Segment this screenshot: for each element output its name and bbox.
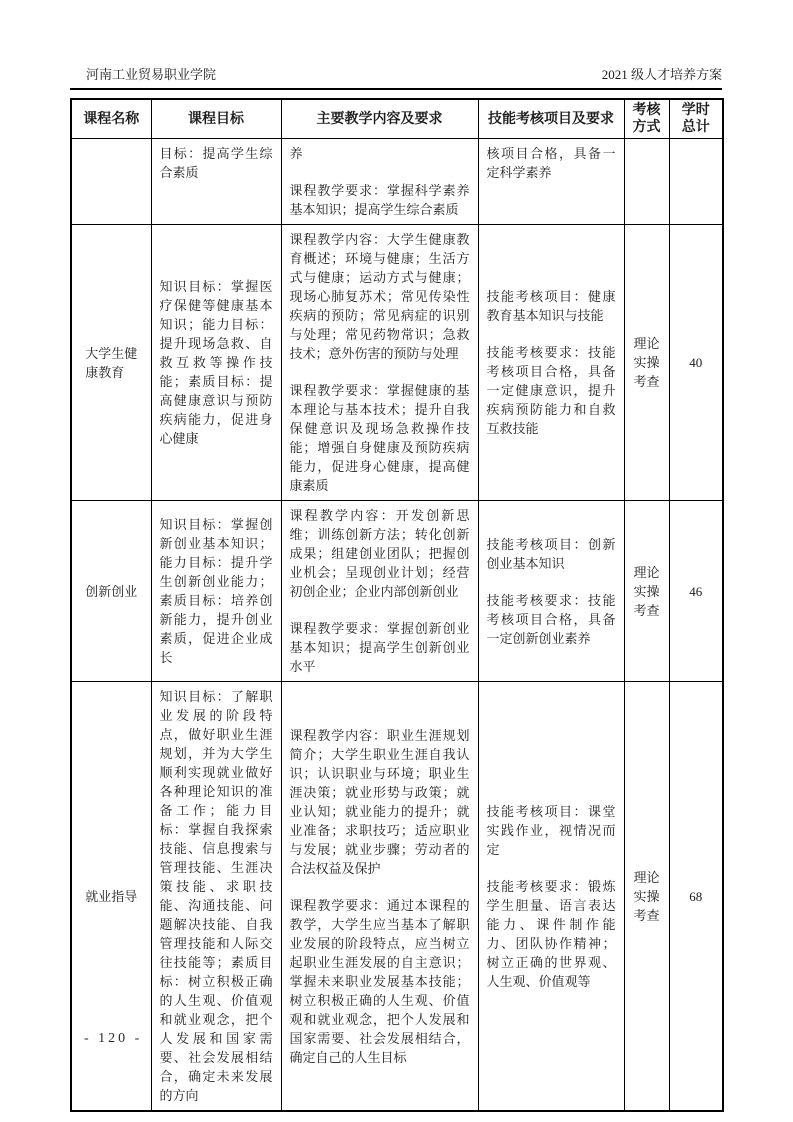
paragraph: 技能考核项目：课堂实践作业，视情况而定 xyxy=(487,802,616,859)
cell-course-name xyxy=(71,139,151,225)
paragraph: 课程教学要求：掌握科学素养基本知识；提高学生综合素质 xyxy=(290,181,470,219)
column-header-objectives: 课程目标 xyxy=(151,99,281,139)
column-header-teaching-content: 主要教学内容及要求 xyxy=(281,99,478,139)
cell-skill-assessment: 核项目合格，具备一定科学素养 xyxy=(478,139,624,225)
column-header-assessment-method: 考核方式 xyxy=(624,99,669,139)
document-page: 河南工业贸易职业学院 2021 级人才培养方案 课程名称 课程目标 主要教学内容… xyxy=(0,0,793,1122)
cell-objectives: 目标：提高学生综合素质 xyxy=(151,139,281,225)
paragraph: 知识目标：掌握医疗保健等健康基本知识；能力目标：提升现场急救、自救互救等操作技能… xyxy=(160,277,273,448)
cell-skill-assessment: 技能考核项目：健康教育基本知识与技能技能考核要求：技能考核项目合格，具备一定健康… xyxy=(478,225,624,501)
table-header-row: 课程名称 课程目标 主要教学内容及要求 技能考核项目及要求 考核方式 学时总计 xyxy=(71,99,723,139)
table-row-innovation-entrepreneurship: 创新创业 知识目标：掌握创新创业基本知识；能力目标：提升学生创新创业能力；素质目… xyxy=(71,501,723,682)
cell-teaching-content: 课程教学内容：职业生涯规划简介；大学生职业生涯自我认识；认识职业与环境；职业生涯… xyxy=(281,682,478,1112)
document-header: 河南工业贸易职业学院 2021 级人才培养方案 xyxy=(70,66,722,90)
table-row-health-education: 大学生健康教育 知识目标：掌握医疗保健等健康基本知识；能力目标：提升现场急救、自… xyxy=(71,225,723,501)
cell-assessment-method: 理论实操考查 xyxy=(624,225,669,501)
cell-course-name: 创新创业 xyxy=(71,501,151,682)
paragraph: 知识目标：了解职业发展的阶段特点，做好职业生涯规划，并为大学生顺利实现就业做好各… xyxy=(160,687,273,1105)
header-plan-title: 2021 级人才培养方案 xyxy=(602,66,722,83)
paragraph: 知识目标：掌握创新创业基本知识；能力目标：提升学生创新创业能力；素质目标：培养创… xyxy=(160,515,273,667)
curriculum-table: 课程名称 课程目标 主要教学内容及要求 技能考核项目及要求 考核方式 学时总计 … xyxy=(70,98,724,1112)
cell-total-hours: 68 xyxy=(669,682,723,1112)
paragraph: 课程教学要求：掌握创新创业基本知识；提高学生创新创业水平 xyxy=(290,619,470,676)
paragraph: 技能考核项目：创新创业基本知识 xyxy=(487,535,616,573)
cell-assessment-method: 理论实操考查 xyxy=(624,501,669,682)
table-row-continuation: 目标：提高学生综合素质 养课程教学要求：掌握科学素养基本知识；提高学生综合素质 … xyxy=(71,139,723,225)
table-row-employment-guidance: 就业指导 知识目标：了解职业发展的阶段特点，做好职业生涯规划，并为大学生顺利实现… xyxy=(71,682,723,1112)
cell-skill-assessment: 技能考核项目：课堂实践作业，视情况而定技能考核要求：锻炼学生胆量、语言表达能力、… xyxy=(478,682,624,1112)
column-header-skill-assessment: 技能考核项目及要求 xyxy=(478,99,624,139)
paragraph: 课程教学内容：职业生涯规划简介；大学生职业生涯自我认识；认识职业与环境；职业生涯… xyxy=(290,726,470,878)
cell-objectives: 知识目标：掌握创新创业基本知识；能力目标：提升学生创新创业能力；素质目标：培养创… xyxy=(151,501,281,682)
paragraph: 养 xyxy=(290,144,470,163)
cell-assessment-method xyxy=(624,139,669,225)
paragraph: 技能考核要求：技能考核项目合格，具备一定健康意识，提升疾病预防能力和自救互救技能 xyxy=(487,343,616,438)
paragraph: 课程教学内容：开发创新思维；训练创新方法；转化创新成果；组建创业团队；把握创业机… xyxy=(290,506,470,601)
page-number: - 120 - xyxy=(84,1031,142,1047)
cell-teaching-content: 课程教学内容：大学生健康教育概述；环境与健康；生活方式与健康；运动方式与健康；现… xyxy=(281,225,478,501)
paragraph: 目标：提高学生综合素质 xyxy=(160,144,273,182)
paragraph: 技能考核项目：健康教育基本知识与技能 xyxy=(487,287,616,325)
cell-total-hours: 46 xyxy=(669,501,723,682)
cell-skill-assessment: 技能考核项目：创新创业基本知识技能考核要求：技能考核项目合格，具备一定创新创业素… xyxy=(478,501,624,682)
paragraph: 课程教学内容：大学生健康教育概述；环境与健康；生活方式与健康；运动方式与健康；现… xyxy=(290,230,470,363)
cell-objectives: 知识目标：了解职业发展的阶段特点，做好职业生涯规划，并为大学生顺利实现就业做好各… xyxy=(151,682,281,1112)
cell-total-hours xyxy=(669,139,723,225)
column-header-total-hours: 学时总计 xyxy=(669,99,723,139)
cell-total-hours: 40 xyxy=(669,225,723,501)
cell-assessment-method: 理论实操考查 xyxy=(624,682,669,1112)
paragraph: 技能考核要求：锻炼学生胆量、语言表达能力、课件制作能力、团队协作精神；树立正确的… xyxy=(487,877,616,991)
cell-objectives: 知识目标：掌握医疗保健等健康基本知识；能力目标：提升现场急救、自救互救等操作技能… xyxy=(151,225,281,501)
cell-teaching-content: 课程教学内容：开发创新思维；训练创新方法；转化创新成果；组建创业团队；把握创业机… xyxy=(281,501,478,682)
cell-course-name: 大学生健康教育 xyxy=(71,225,151,501)
header-school-name: 河南工业贸易职业学院 xyxy=(70,66,216,83)
paragraph: 课程教学要求：通过本课程的教学，大学生应当基本了解职业发展的阶段特点，应当树立起… xyxy=(290,896,470,1067)
column-header-course-name: 课程名称 xyxy=(71,99,151,139)
paragraph: 核项目合格，具备一定科学素养 xyxy=(487,144,616,182)
paragraph: 课程教学要求：掌握健康的基本理论与基本技术；提升自我保健意识及现场急救操作技能；… xyxy=(290,381,470,495)
cell-teaching-content: 养课程教学要求：掌握科学素养基本知识；提高学生综合素质 xyxy=(281,139,478,225)
paragraph: 技能考核要求：技能考核项目合格，具备一定创新创业素养 xyxy=(487,591,616,648)
